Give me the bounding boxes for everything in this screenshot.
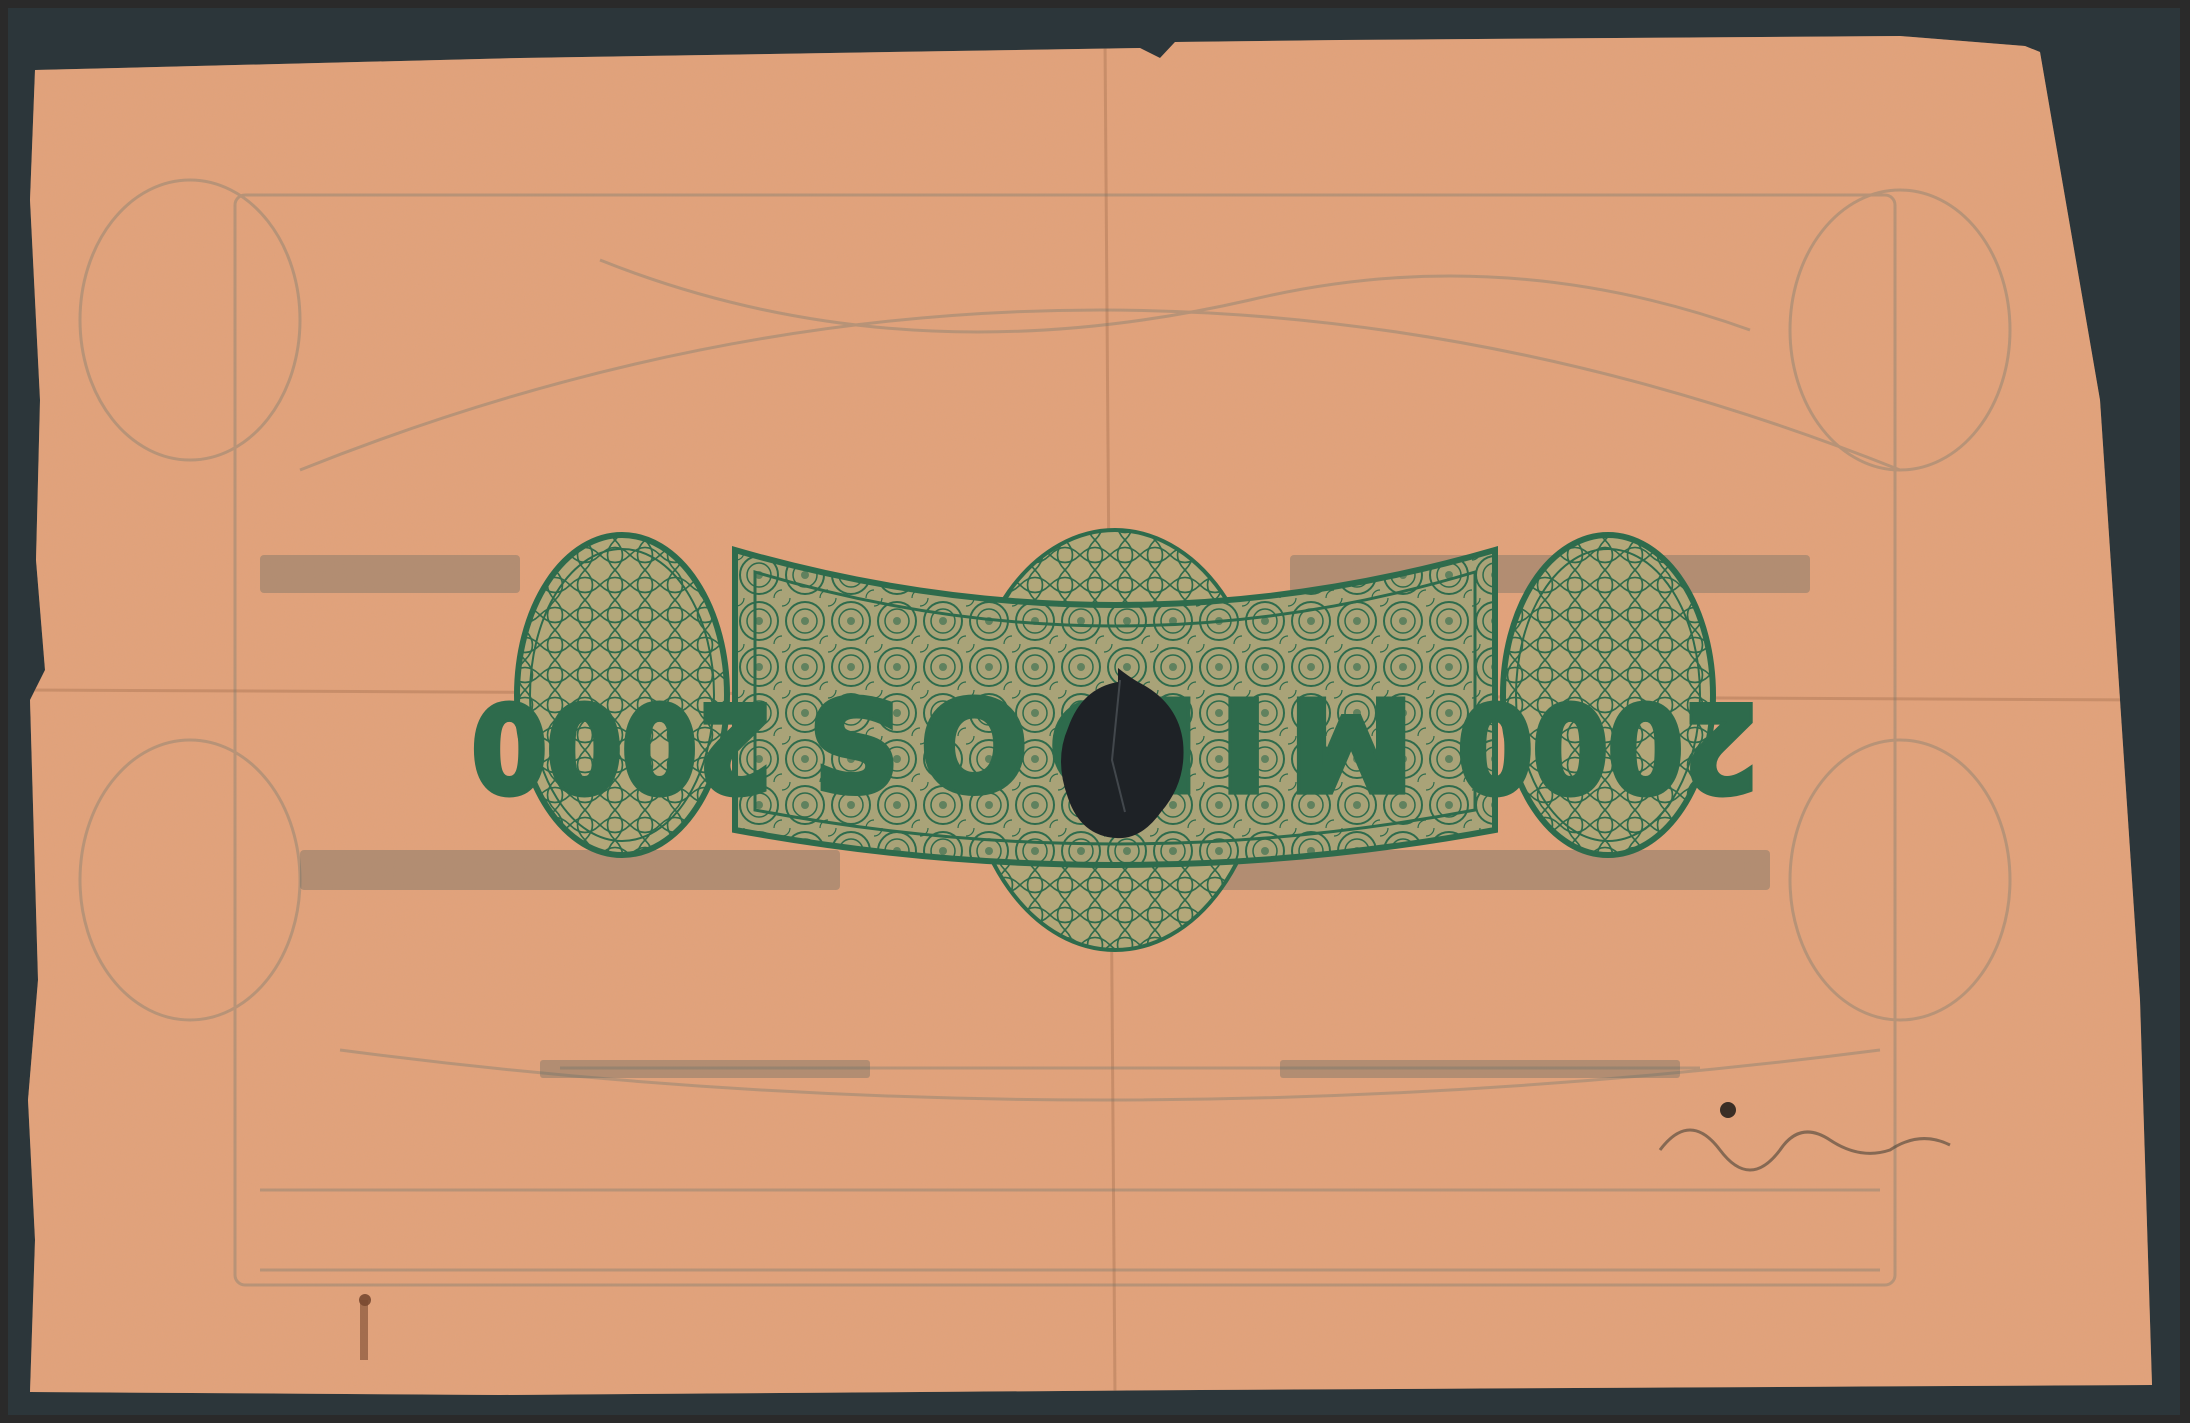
banknote: 2000 DOS MIL 2000 — [0, 0, 2190, 1423]
ink-spot — [1720, 1102, 1736, 1118]
numeral-right: 2000 — [1458, 676, 1758, 815]
numeral-left: 2000 — [472, 676, 772, 815]
